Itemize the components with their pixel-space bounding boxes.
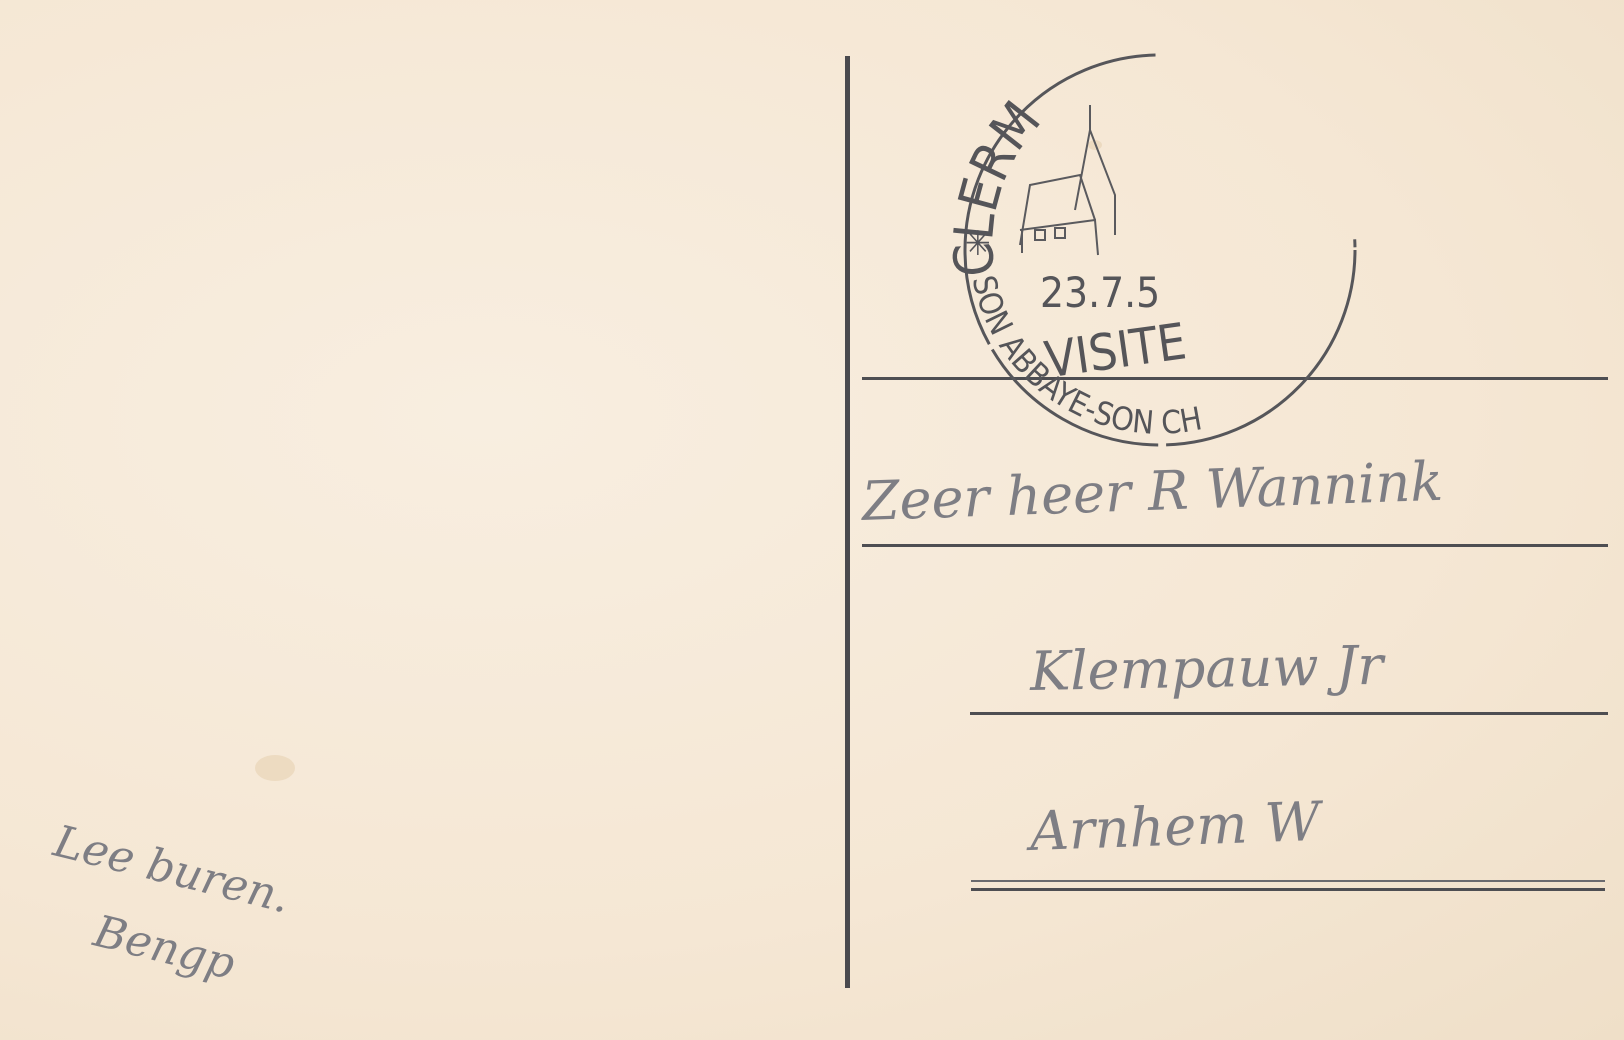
postcard-back: CLERM SON ABBAYE-SON CH ✳ 23.7.5 VISITE … — [0, 0, 1624, 1040]
address-line-3 — [970, 712, 1608, 715]
message-signature: Bengp — [89, 906, 240, 990]
postmark-stamp: CLERM SON ABBAYE-SON CH ✳ 23.7.5 VISITE — [940, 25, 1360, 455]
address-street: Klempauw Jr — [1029, 634, 1383, 703]
address-line-2 — [862, 544, 1608, 547]
postmark-center-text: VISITE — [1041, 312, 1189, 389]
address-line-4-lower — [971, 888, 1605, 891]
snowflake-icon: ✳ — [965, 224, 991, 264]
center-divider-line — [845, 56, 850, 988]
postmark-date: 23.7.5 — [1040, 268, 1160, 317]
stain — [255, 755, 295, 781]
address-recipient: Zeer heer R Wannink — [861, 450, 1444, 533]
address-line-4-upper — [971, 880, 1605, 882]
address-city: Arnhem W — [1029, 790, 1321, 863]
message-greeting: Lee buren. — [49, 816, 295, 924]
